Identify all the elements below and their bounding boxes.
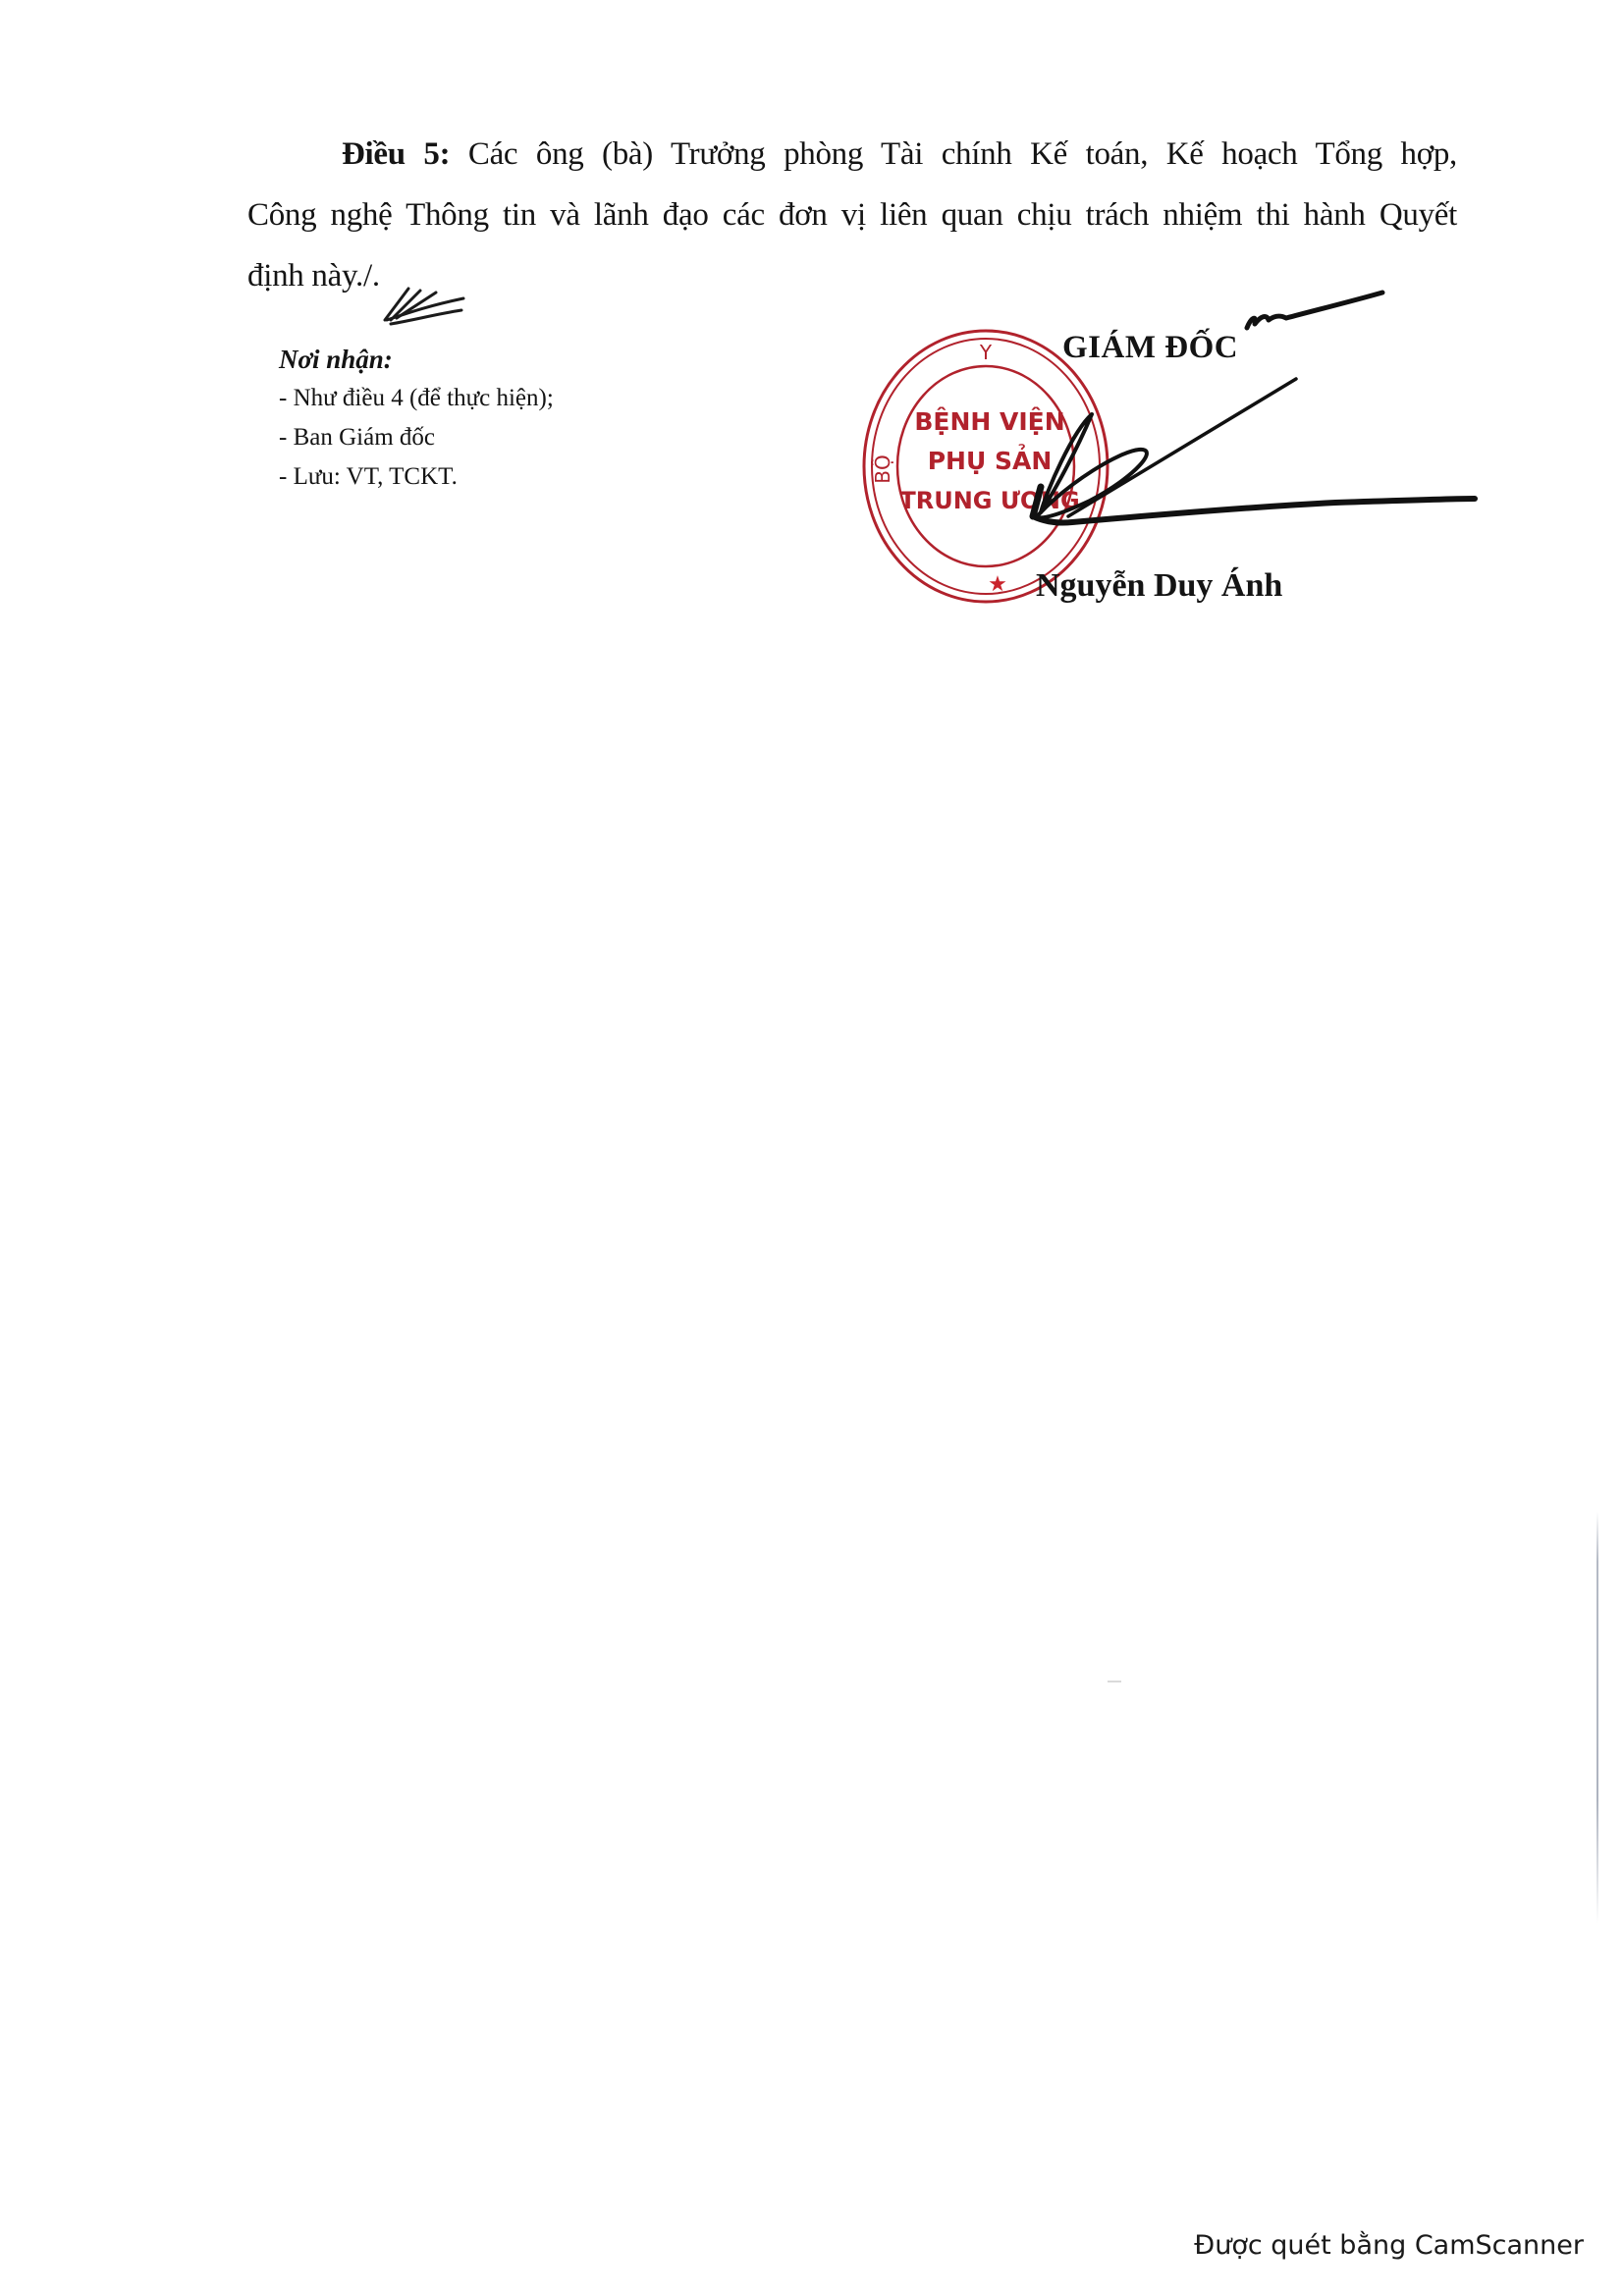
document-page: Điều 5: Các ông (bà) Trưởng phòng Tài ch… [0,0,1623,2296]
scan-speck [1108,1681,1121,1682]
recipient-item: - Lưu: VT, TCKT. [279,457,554,497]
recipients-title: Nơi nhận: [279,340,554,379]
stamp-line-2: PHỤ SẢN [928,443,1053,475]
stamp-top-text: Y [979,341,993,364]
article-line-1-text: Các ông (bà) Trưởng phòng Tài chính Kế t… [468,136,1457,172]
official-stamp-icon: Y BỘ BỆNH VIỆN PHỤ SẢN TRUNG ƯƠNG ★ [858,324,1113,609]
article-line-1: Điều 5: Các ông (bà) Trưởng phòng Tài ch… [247,124,1457,185]
camscanner-watermark: Được quét bằng CamScanner [1194,2230,1584,2261]
initials-mark-icon [375,277,469,326]
article-line-2: Công nghệ Thông tin và lãnh đạo các đơn … [247,185,1457,245]
article-heading: Điều 5: [342,136,450,172]
stamp-side-text: BỘ [871,454,894,483]
scan-edge-artifact [1596,1512,1598,1924]
stamp-line-3: TRUNG ƯƠNG [899,487,1079,514]
stamp-line-1: BỆNH VIỆN [914,406,1064,436]
recipient-item: - Như điều 4 (để thực hiện); [279,379,554,418]
signer-name: Nguyễn Duy Ánh [1036,567,1282,605]
stamp-star-icon: ★ [988,572,1007,597]
recipient-item: - Ban Giám đốc [279,418,554,457]
recipients-block: Nơi nhận: - Như điều 4 (để thực hiện); -… [279,340,554,497]
director-title: GIÁM ĐỐC [1062,330,1238,366]
